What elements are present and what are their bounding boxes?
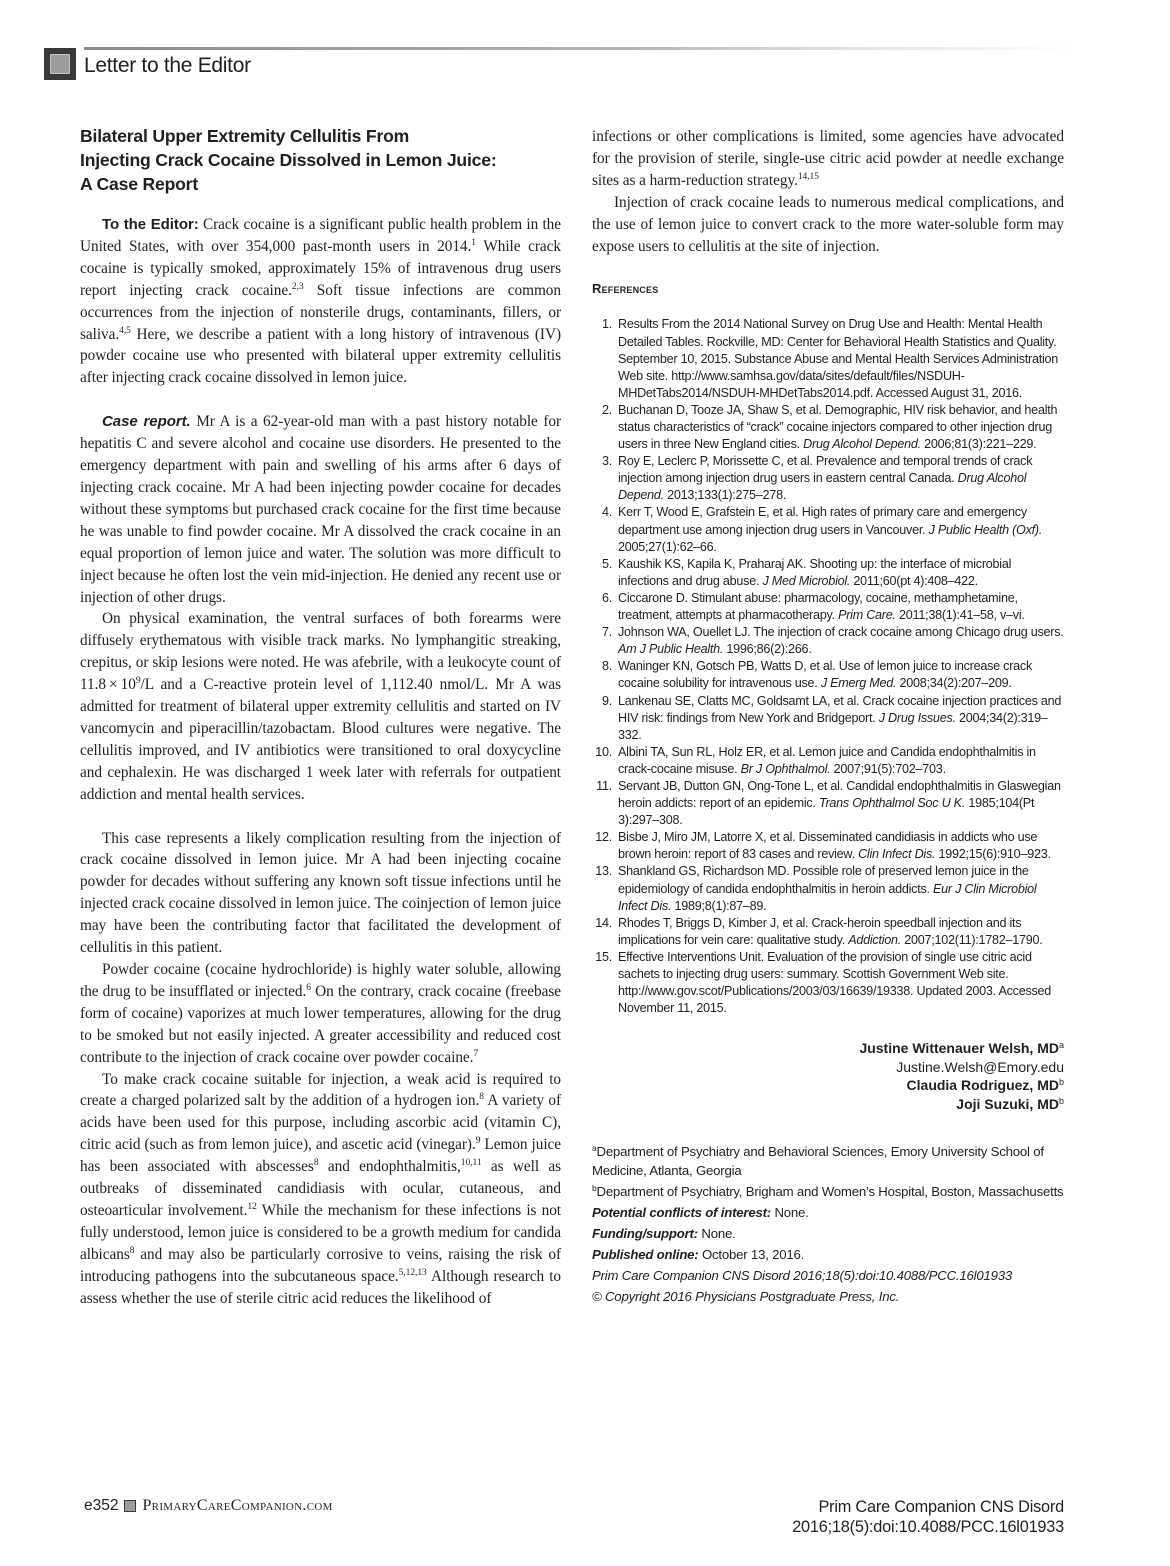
journal-name: Clin Infect Dis. — [858, 847, 935, 861]
journal-name: J Med Microbiol. — [762, 574, 850, 588]
reference-item: 8.Waninger KN, Gotsch PB, Watts D, et al… — [592, 658, 1064, 692]
journal-name: Br J Ophthalmol. — [741, 762, 831, 776]
discussion-paragraph: This case represents a likely complicati… — [80, 828, 561, 959]
reference-number: 15. — [592, 949, 612, 966]
reference-number: 6. — [592, 590, 612, 607]
conclusion-paragraph: Injection of crack cocaine leads to nume… — [592, 192, 1064, 258]
citation: 5,12,13 — [399, 1268, 427, 1278]
citation: 2,3 — [292, 282, 304, 292]
reference-number: 5. — [592, 556, 612, 573]
journal-name: Am J Public Health. — [618, 642, 723, 656]
reference-number: 2. — [592, 402, 612, 419]
reference-item: 7.Johnson WA, Ouellet LJ. The injection … — [592, 624, 1064, 658]
reference-number: 7. — [592, 624, 612, 641]
title-line: Injecting Crack Cocaine Dissolved in Lem… — [80, 148, 561, 172]
reference-number: 11. — [592, 778, 612, 795]
journal-name: Drug Alcohol Depend. — [803, 437, 921, 451]
copyright-line: © Copyright 2016 Physicians Postgraduate… — [592, 1288, 1064, 1307]
reference-item: 4.Kerr T, Wood E, Grafstein E, et al. Hi… — [592, 504, 1064, 555]
citation: 12 — [247, 1202, 256, 1212]
reference-item: 3.Roy E, Leclerc P, Morissette C, et al.… — [592, 453, 1064, 504]
intro-paragraph: To the Editor: Crack cocaine is a signif… — [80, 214, 561, 389]
journal-name: J Public Health (Oxf). — [929, 523, 1042, 537]
reference-number: 13. — [592, 863, 612, 880]
citation: 4,5 — [119, 326, 131, 336]
reference-item: 6.Ciccarone D. Stimulant abuse: pharmaco… — [592, 590, 1064, 624]
reference-item: 9.Lankenau SE, Clatts MC, Goldsamt LA, e… — [592, 693, 1064, 744]
case-report-lead: Case report. — [102, 413, 191, 430]
reference-item: 14.Rhodes T, Briggs D, Kimber J, et al. … — [592, 915, 1064, 949]
reference-item: 15.Effective Interventions Unit. Evaluat… — [592, 949, 1064, 1017]
reference-number: 14. — [592, 915, 612, 932]
references-heading: References — [592, 281, 1064, 296]
reference-number: 12. — [592, 829, 612, 846]
section-marker-icon — [44, 48, 76, 80]
reference-item: 2.Buchanan D, Tooze JA, Shaw S, et al. D… — [592, 402, 1064, 453]
author-block: Justine Wittenauer Welsh, MDa Justine.We… — [592, 1039, 1064, 1113]
journal-name: Addiction. — [848, 933, 901, 947]
case-report-paragraph: Case report. Mr A is a 62-year-old man w… — [80, 411, 561, 608]
reference-item: 1.Results From the 2014 National Survey … — [592, 316, 1064, 401]
reference-item: 11.Servant JB, Dutton GN, Ong-Tone L, et… — [592, 778, 1064, 829]
citation: 10,11 — [461, 1158, 482, 1168]
title-line: A Case Report — [80, 172, 561, 196]
left-column: Bilateral Upper Extremity Cellulitis Fro… — [80, 124, 561, 1310]
reference-number: 1. — [592, 316, 612, 333]
discussion-paragraph: To make crack cocaine suitable for injec… — [80, 1069, 561, 1310]
author-name: Joji Suzuki, MD — [956, 1096, 1059, 1112]
reference-item: 12.Bisbe J, Miro JM, Latorre X, et al. D… — [592, 829, 1064, 863]
reference-number: 8. — [592, 658, 612, 675]
affiliation: bDepartment of Psychiatry, Brigham and W… — [592, 1183, 1064, 1202]
citation: 14,15 — [798, 172, 819, 182]
journal-name: Prim Care. — [838, 608, 896, 622]
page-number: e352 — [84, 1497, 118, 1515]
footer-left: e352 PrimaryCareCompanion.com — [84, 1497, 333, 1515]
citation: 7 — [473, 1049, 478, 1059]
section-label: Letter to the Editor — [84, 54, 251, 78]
affiliations-block: aDepartment of Psychiatry and Behavioral… — [592, 1143, 1064, 1307]
conflicts-statement: Potential conflicts of interest: None. — [592, 1204, 1064, 1223]
footer-journal-citation: Prim Care Companion CNS Disord 2016;18(5… — [792, 1497, 1064, 1537]
reference-item: 10.Albini TA, Sun RL, Holz ER, et al. Le… — [592, 744, 1064, 778]
author-name: Justine Wittenauer Welsh, MD — [859, 1040, 1059, 1056]
reference-item: 13.Shankland GS, Richardson MD. Possible… — [592, 863, 1064, 914]
title-line: Bilateral Upper Extremity Cellulitis Fro… — [80, 124, 561, 148]
reference-number: 4. — [592, 504, 612, 521]
intro-lead: To the Editor: — [102, 216, 199, 233]
funding-statement: Funding/support: None. — [592, 1225, 1064, 1244]
author-name: Claudia Rodriguez, MD — [907, 1077, 1059, 1093]
reference-number: 3. — [592, 453, 612, 470]
references-list: 1.Results From the 2014 National Survey … — [592, 316, 1064, 1017]
right-column: infections or other complications is lim… — [592, 126, 1064, 1310]
reference-item: 5.Kaushik KS, Kapila K, Praharaj AK. Sho… — [592, 556, 1064, 590]
author-email[interactable]: Justine.Welsh@Emory.edu — [592, 1058, 1064, 1077]
affiliation: aDepartment of Psychiatry and Behavioral… — [592, 1143, 1064, 1180]
continued-paragraph: infections or other complications is lim… — [592, 126, 1064, 192]
journal-name: Trans Ophthalmol Soc U K. — [819, 796, 965, 810]
exam-paragraph: On physical examination, the ventral sur… — [80, 608, 561, 805]
reference-number: 9. — [592, 693, 612, 710]
article-title: Bilateral Upper Extremity Cellulitis Fro… — [80, 124, 561, 196]
journal-name: J Drug Issues. — [879, 711, 956, 725]
footer-square-icon — [124, 1500, 136, 1512]
site-link[interactable]: PrimaryCareCompanion.com — [142, 1497, 332, 1515]
journal-name: J Emerg Med. — [821, 676, 896, 690]
reference-number: 10. — [592, 744, 612, 761]
discussion-paragraph: Powder cocaine (cocaine hydrochloride) i… — [80, 959, 561, 1069]
citation-line: Prim Care Companion CNS Disord 2016;18(5… — [592, 1267, 1064, 1286]
published-date: Published online: October 13, 2016. — [592, 1246, 1064, 1265]
header-rule — [84, 47, 1074, 50]
